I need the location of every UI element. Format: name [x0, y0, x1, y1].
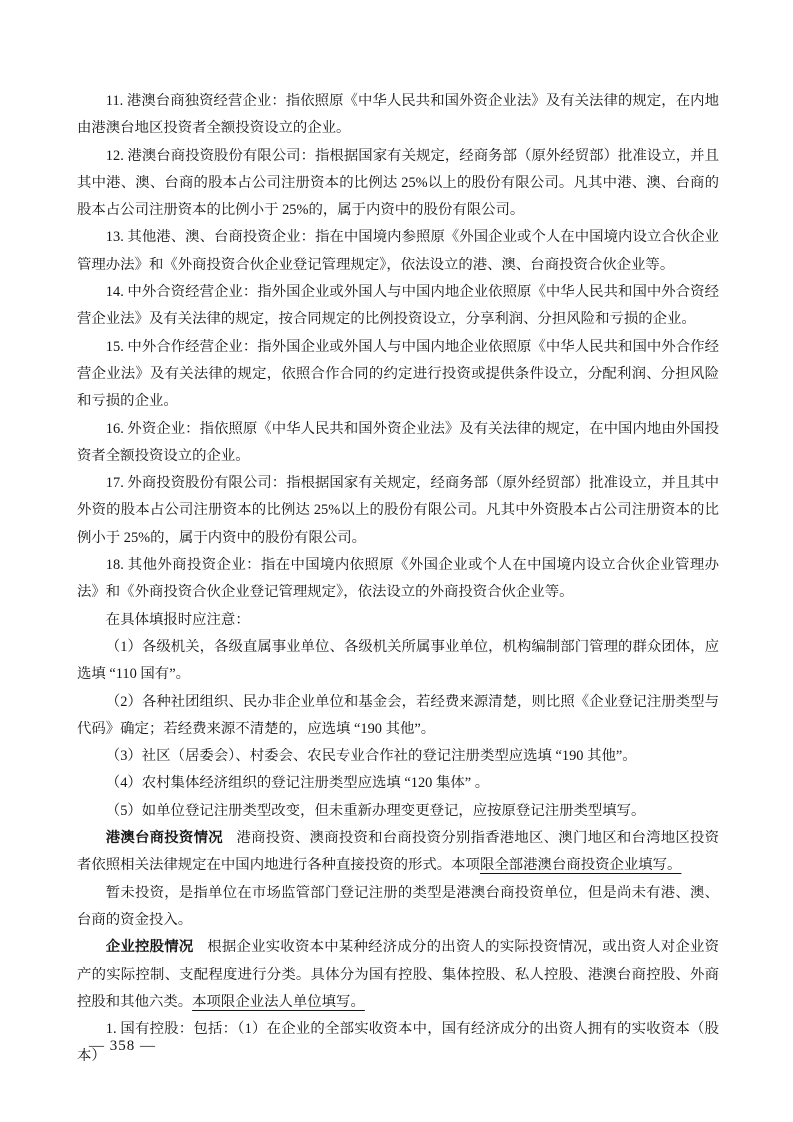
definition-paragraph-14: 14. 中外合资经营企业：指外国企业或外国人与中国内地企业依照原《中华人民共和国…: [77, 279, 719, 334]
section-gat-investment: 港澳台商投资情况港商投资、澳商投资和台商投资分别指香港地区、澳门地区和台湾地区投…: [77, 825, 719, 880]
section-gat-underlined-note: 限全部港澳台商投资企业填写。: [480, 857, 681, 873]
definition-paragraph-18: 18. 其他外商投资企业：指在中国境内依照原《外国企业或个人在中国境内设立合伙企…: [77, 552, 719, 607]
paragraph-state-holding: 1. 国有控股：包括：（1）在企业的全部实收资本中，国有经济成分的出资人拥有的实…: [77, 1016, 719, 1071]
definition-paragraph-13: 13. 其他港、澳、台商投资企业：指在中国境内参照原《外国企业或个人在中国境内设…: [77, 224, 719, 279]
note-item-3: （3）社区（居委会）、村委会、农民专业合作社的登记注册类型应选填 “190 其他…: [77, 743, 719, 770]
note-item-4: （4）农村集体经济组织的登记注册类型应选填 “120 集体” 。: [77, 770, 719, 797]
definition-paragraph-16: 16. 外资企业：指依照原《中华人民共和国外资企业法》及有关法律的规定，在中国内…: [77, 416, 719, 471]
definition-paragraph-12: 12. 港澳台商投资股份有限公司：指根据国家有关规定，经商务部（原外经贸部）批准…: [77, 143, 719, 225]
definition-paragraph-17: 17. 外商投资股份有限公司：指根据国家有关规定，经商务部（原外经贸部）批准设立…: [77, 470, 719, 552]
page-number: — 358 —: [89, 1035, 156, 1057]
section-enterprise-holding: 企业控股情况根据企业实收资本中某种经济成分的出资人的实际投资情况，或出资人对企业…: [77, 934, 719, 1016]
definition-paragraph-11: 11. 港澳台商独资经营企业：指依照原《中华人民共和国外资企业法》及有关法律的规…: [77, 88, 719, 143]
paragraph-not-yet-invested: 暂未投资，是指单位在市场监管部门登记注册的类型是港澳台商投资单位，但是尚未有港、…: [77, 880, 719, 935]
section-holding-title: 企业控股情况: [106, 939, 207, 955]
note-item-5: （5）如单位登记注册类型改变，但未重新办理变更登记，应按原登记注册类型填写。: [77, 798, 719, 825]
section-holding-underlined-note: 本项限企业法人单位填写。: [192, 994, 365, 1010]
notes-intro: 在具体填报时应注意：: [77, 607, 719, 634]
document-body: 11. 港澳台商独资经营企业：指依照原《中华人民共和国外资企业法》及有关法律的规…: [77, 88, 719, 1071]
note-item-1: （1）各级机关，各级直属事业单位、各级机关所属事业单位，机构编制部门管理的群众团…: [77, 634, 719, 689]
section-gat-title: 港澳台商投资情况: [106, 830, 237, 846]
document-page: 11. 港澳台商独资经营企业：指依照原《中华人民共和国外资企业法》及有关法律的规…: [0, 0, 793, 1122]
definition-paragraph-15: 15. 中外合作经营企业：指外国企业或外国人与中国内地企业依照原《中华人民共和国…: [77, 334, 719, 416]
note-item-2: （2）各种社团组织、民办非企业单位和基金会，若经费来源清楚，则比照《企业登记注册…: [77, 689, 719, 744]
